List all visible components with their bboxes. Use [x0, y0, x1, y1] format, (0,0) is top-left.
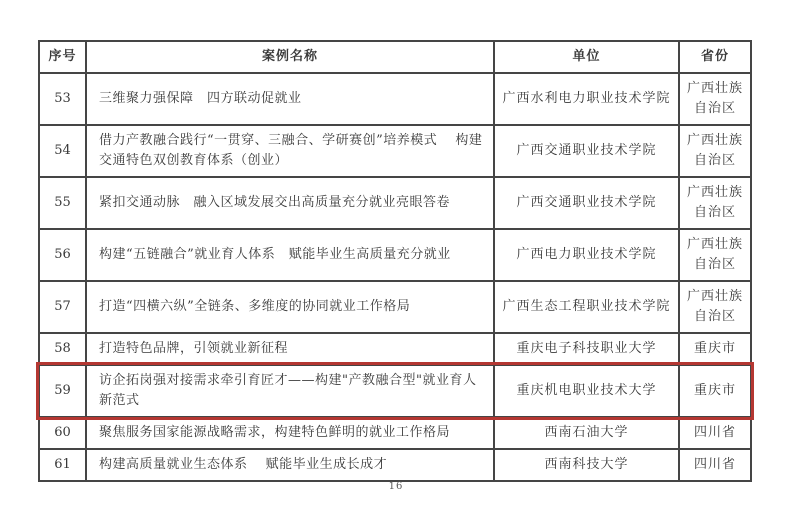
table-row: 55 紧扣交通动脉 融入区域发展交出高质量充分就业亮眼答卷 广西交通职业技术学院… — [39, 177, 751, 229]
cell-no: 57 — [39, 281, 86, 333]
cell-no: 58 — [39, 333, 86, 365]
cell-no: 59 — [39, 365, 86, 417]
cell-unit: 重庆机电职业技术大学 — [494, 365, 679, 417]
cell-province: 广西壮族自治区 — [679, 73, 751, 125]
cell-unit: 广西交通职业技术学院 — [494, 177, 679, 229]
table-row: 61 构建高质量就业生态体系 赋能毕业生成长成才 西南科技大学 四川省 — [39, 449, 751, 481]
cell-no: 55 — [39, 177, 86, 229]
cell-province: 四川省 — [679, 449, 751, 481]
header-no: 序号 — [39, 41, 86, 73]
cell-province: 重庆市 — [679, 365, 751, 417]
cell-unit: 重庆电子科技职业大学 — [494, 333, 679, 365]
cell-case-name: 构建“五链融合”就业育人体系 赋能毕业生高质量充分就业 — [86, 229, 494, 281]
header-unit: 单位 — [494, 41, 679, 73]
cell-unit: 广西电力职业技术学院 — [494, 229, 679, 281]
cell-no: 56 — [39, 229, 86, 281]
cell-case-name: 三维聚力强保障 四方联动促就业 — [86, 73, 494, 125]
cell-no: 61 — [39, 449, 86, 481]
header-case-name: 案例名称 — [86, 41, 494, 73]
cell-unit: 西南石油大学 — [494, 417, 679, 449]
table-row: 53 三维聚力强保障 四方联动促就业 广西水利电力职业技术学院 广西壮族自治区 — [39, 73, 751, 125]
table-row: 54 借力产教融合践行“一贯穿、三融合、学研赛创”培养模式 构建交通特色双创教育… — [39, 125, 751, 177]
cell-unit: 广西生态工程职业技术学院 — [494, 281, 679, 333]
cell-case-name: 聚焦服务国家能源战略需求，构建特色鲜明的就业工作格局 — [86, 417, 494, 449]
cell-case-name: 紧扣交通动脉 融入区域发展交出高质量充分就业亮眼答卷 — [86, 177, 494, 229]
table-row: 57 打造“四横六纵”全链条、多维度的协同就业工作格局 广西生态工程职业技术学院… — [39, 281, 751, 333]
page-number: 16 — [0, 481, 792, 492]
table-header-row: 序号 案例名称 单位 省份 — [39, 41, 751, 73]
cell-unit: 广西水利电力职业技术学院 — [494, 73, 679, 125]
cell-province: 重庆市 — [679, 333, 751, 365]
cell-province: 广西壮族自治区 — [679, 281, 751, 333]
table-row: 58 打造特色品牌，引领就业新征程 重庆电子科技职业大学 重庆市 — [39, 333, 751, 365]
cell-case-name: 访企拓岗强对接需求牵引育匠才——构建"产教融合型"就业育人新范式 — [86, 365, 494, 417]
cell-no: 60 — [39, 417, 86, 449]
highlighted-row: 59 访企拓岗强对接需求牵引育匠才——构建"产教融合型"就业育人新范式 重庆机电… — [39, 365, 751, 417]
cell-province: 广西壮族自治区 — [679, 125, 751, 177]
cell-no: 54 — [39, 125, 86, 177]
table-row: 56 构建“五链融合”就业育人体系 赋能毕业生高质量充分就业 广西电力职业技术学… — [39, 229, 751, 281]
cell-province: 广西壮族自治区 — [679, 177, 751, 229]
cell-case-name: 打造特色品牌，引领就业新征程 — [86, 333, 494, 365]
table-row: 60 聚焦服务国家能源战略需求，构建特色鲜明的就业工作格局 西南石油大学 四川省 — [39, 417, 751, 449]
cell-case-name: 打造“四横六纵”全链条、多维度的协同就业工作格局 — [86, 281, 494, 333]
cell-unit: 广西交通职业技术学院 — [494, 125, 679, 177]
document-page: 序号 案例名称 单位 省份 53 三维聚力强保障 四方联动促就业 广西水利电力职… — [0, 0, 792, 524]
cell-province: 四川省 — [679, 417, 751, 449]
cases-table: 序号 案例名称 单位 省份 53 三维聚力强保障 四方联动促就业 广西水利电力职… — [38, 40, 752, 482]
cell-no: 53 — [39, 73, 86, 125]
cell-province: 广西壮族自治区 — [679, 229, 751, 281]
cell-unit: 西南科技大学 — [494, 449, 679, 481]
cell-case-name: 构建高质量就业生态体系 赋能毕业生成长成才 — [86, 449, 494, 481]
header-province: 省份 — [679, 41, 751, 73]
cell-case-name: 借力产教融合践行“一贯穿、三融合、学研赛创”培养模式 构建交通特色双创教育体系（… — [86, 125, 494, 177]
